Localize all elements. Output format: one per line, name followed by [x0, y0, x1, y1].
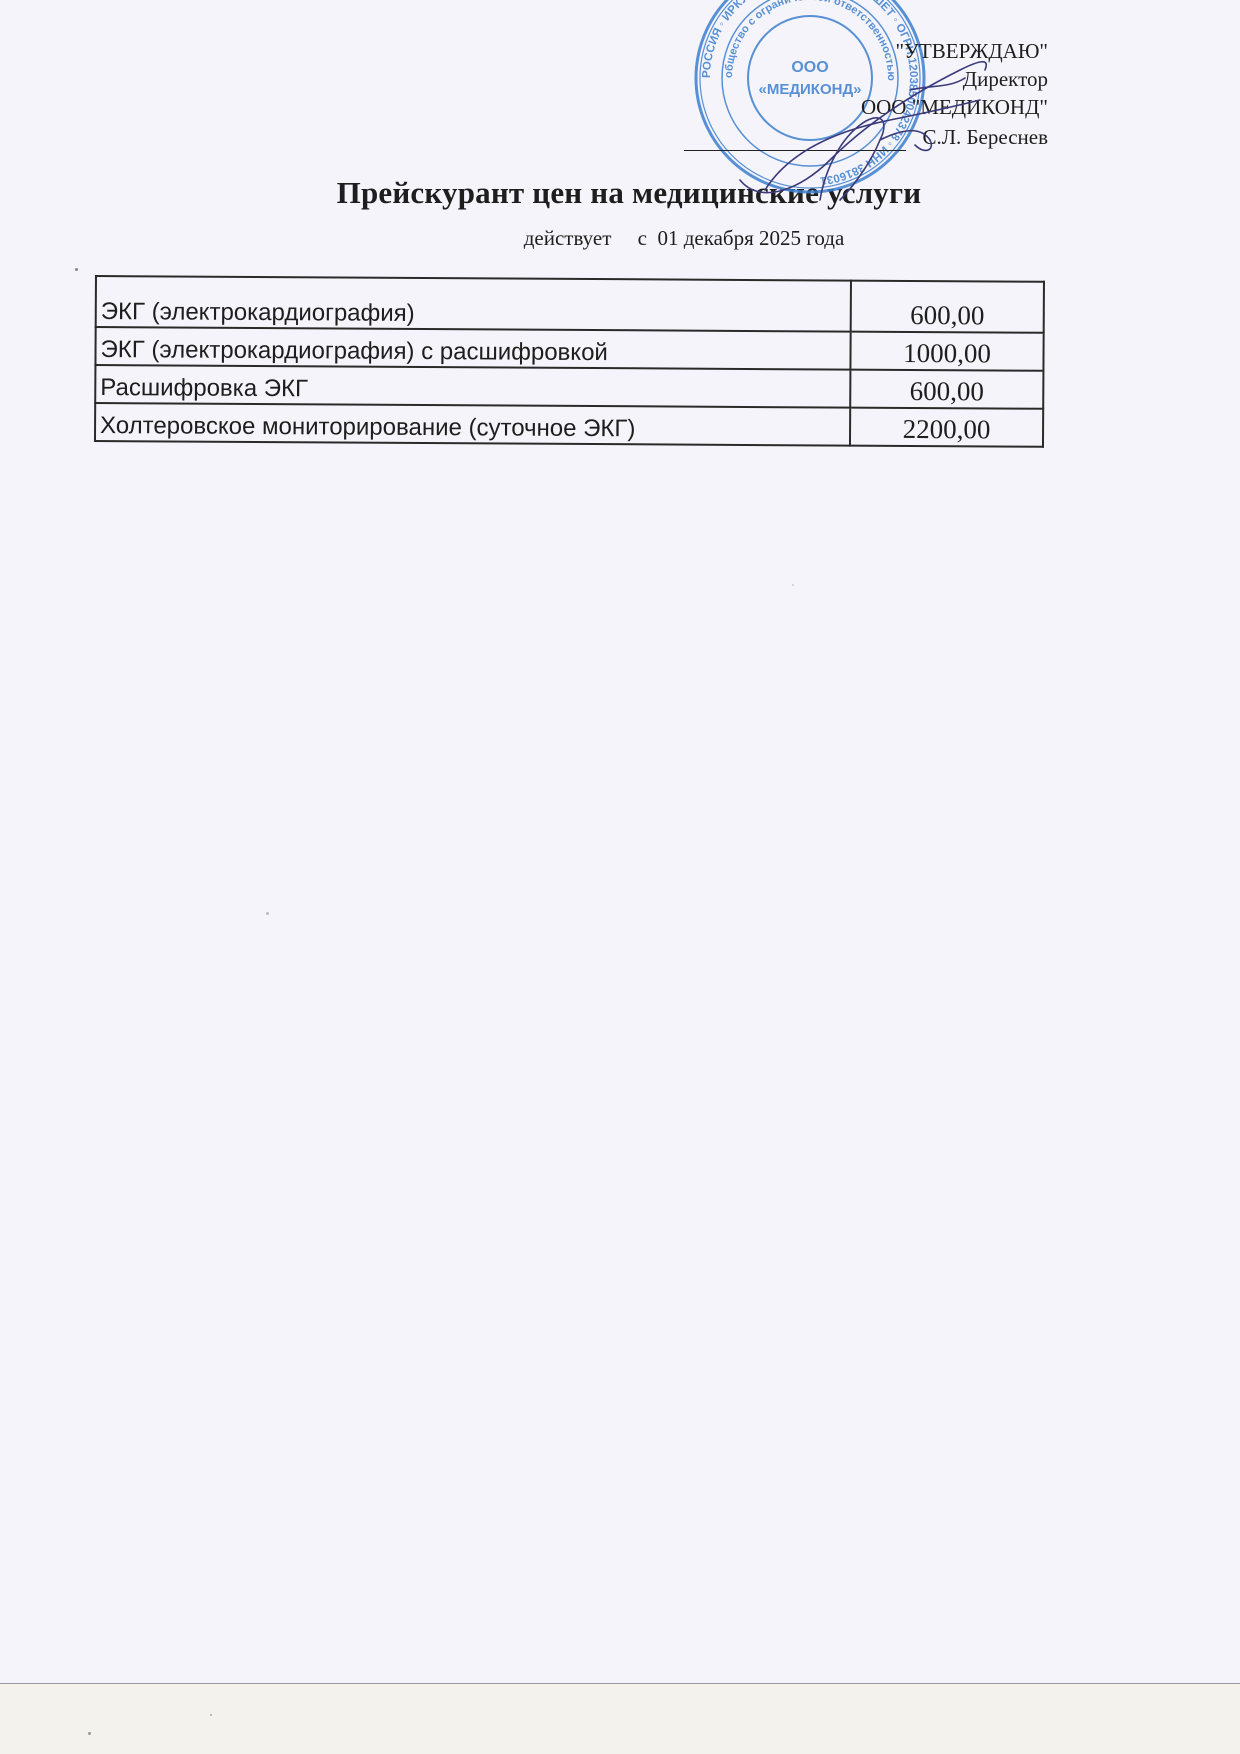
- table-row: ЭКГ (электрокардиография) с расшифровкой…: [95, 327, 1043, 371]
- service-name: ЭКГ (электрокардиография) с расшифровкой: [95, 327, 850, 370]
- service-price: 2200,00: [850, 408, 1043, 447]
- service-price: 600,00: [851, 281, 1044, 333]
- document-page: РОССИЯ ◦ ИРКУТСКАЯ ОБЛАСТЬ ◦ ТАЙШЕТ ◦ ОГ…: [0, 0, 1240, 1683]
- table-row: ЭКГ (электрокардиография)600,00: [96, 276, 1044, 333]
- service-price: 1000,00: [850, 332, 1043, 371]
- scan-speck: [792, 584, 794, 586]
- scan-speck: [210, 1714, 212, 1716]
- scan-speck: [88, 1732, 91, 1735]
- scan-speck: [266, 912, 269, 915]
- scan-speck: [75, 268, 78, 271]
- table-row: Холтеровское мониторирование (суточное Э…: [95, 403, 1043, 447]
- effective-date: действует с 01 декабря 2025 года: [0, 226, 1240, 251]
- page-title: Прейскурант цен на медицинские услуги: [0, 175, 1240, 211]
- price-table: ЭКГ (электрокардиография)600,00ЭКГ (элек…: [94, 275, 1045, 448]
- scan-bottom-edge: [0, 1683, 1240, 1754]
- effective-date-text: действует с 01 декабря 2025 года: [524, 226, 845, 250]
- handwritten-signature-icon: [730, 30, 1020, 205]
- service-price: 600,00: [850, 370, 1043, 409]
- table-row: Расшифровка ЭКГ600,00: [95, 365, 1043, 409]
- service-name: Холтеровское мониторирование (суточное Э…: [95, 403, 850, 446]
- service-name: Расшифровка ЭКГ: [95, 365, 850, 408]
- service-name: ЭКГ (электрокардиография): [96, 276, 851, 332]
